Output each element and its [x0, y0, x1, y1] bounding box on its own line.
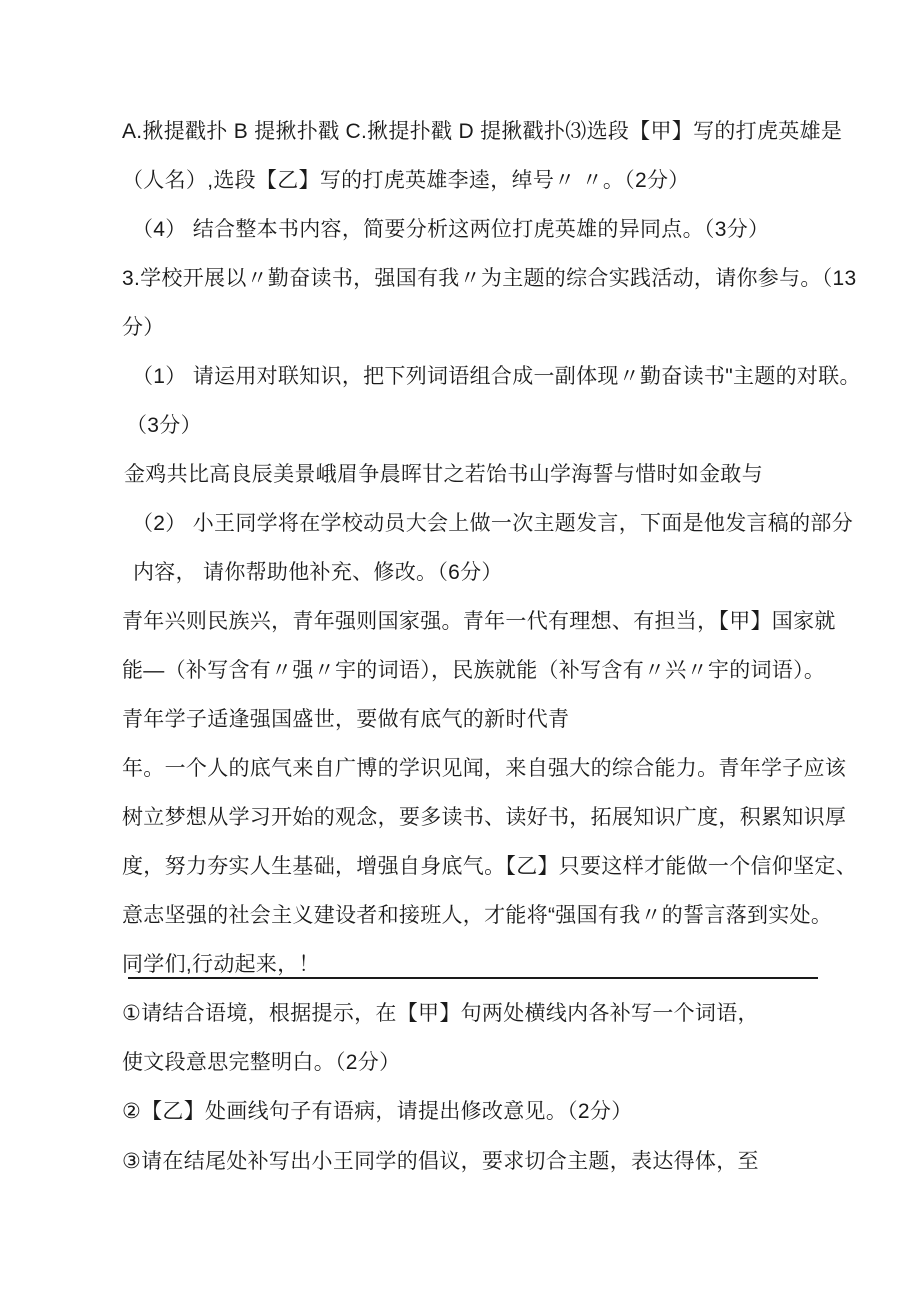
subtask-1-wrap-line: 使文段意思完整明白。（2分） — [122, 1037, 862, 1086]
subtask-1-line: ①请结合语境，根据提示，在【甲】句两处横线内各补写一个词语， — [122, 988, 862, 1037]
couplet-task-line: （1） 请运用对联知识，把下列词语组合成一副体现〃勤奋读书"主题的对联。 — [122, 350, 862, 399]
activity-intro-line: 3.学校开展以〃勤奋读书，强国有我〃为主题的综合实践活动，请你参与。（13 — [122, 252, 862, 301]
speech-body-line-6: 度，努力夯实人生基础，增强自身底气。【乙】只要这样才能做一个信仰坚定、 — [122, 841, 862, 890]
speech-body-line-7: 意志坚强的社会主义建设者和接班人，才能将“强国有我〃的誓言落到实处。 — [122, 890, 862, 939]
document-text-block: A.揪提戳扑 B 提揪扑戳 C.揪提扑戳 D 提揪戳扑⑶选段【甲】写的打虎英雄是… — [122, 105, 862, 1184]
activity-intro-wrap-line: 分） — [122, 301, 862, 350]
speech-body-line-3: 青年学子适逢强国盛世，要做有底气的新时代青 — [122, 694, 862, 743]
speech-body-line-2: 能—（补写含有〃强〃宇的词语），民族就能（补写含有〃兴〃宇的词语）。 — [122, 645, 862, 694]
couplet-score-line: （3分） — [122, 399, 862, 448]
speech-body-line-4: 年。一个人的底气来自广博的学识见闻，来自强大的综合能力。青年学子应该 — [122, 743, 862, 792]
speech-body-line-5: 树立梦想从学习开始的观念，要多读书、读好书，拓展知识广度，积累知识厚 — [122, 792, 862, 841]
exam-document-page: A.揪提戳扑 B 提揪扑戳 C.揪提扑戳 D 提揪戳扑⑶选段【甲】写的打虎英雄是… — [0, 0, 920, 1301]
hero-name-blank-line: （人名）,选段【乙】写的打虎英雄李逵，绰号〃 〃。（2分） — [122, 154, 862, 203]
speech-closing-line: 同学们,行动起来，！ — [122, 939, 862, 988]
speech-body-line-1: 青年兴则民族兴，青年强则国家强。青年一代有理想、有担当，【甲】国家就 — [122, 595, 862, 644]
subtask-3-line: ③请在结尾处补写出小王同学的倡议，要求切合主题，表达得体，至 — [122, 1135, 862, 1184]
couplet-words-line: 金鸡共比高良辰美景峨眉争晨晖甘之若饴书山学海誓与惜时如金敢与 — [122, 448, 862, 497]
answer-underline — [128, 977, 818, 979]
choice-options-line: A.揪提戳扑 B 提揪扑戳 C.揪提扑戳 D 提揪戳扑⑶选段【甲】写的打虎英雄是 — [122, 105, 862, 154]
subtask-2-line: ②【乙】处画线句子有语病，请提出修改意见。（2分） — [122, 1086, 862, 1135]
speech-task-wrap-line: 内容， 请你帮助他补充、修改。（6分） — [122, 546, 862, 595]
speech-task-line: （2） 小王同学将在学校动员大会上做一次主题发言，下面是他发言稿的部分 — [122, 497, 862, 546]
question-4-line: （4） 结合整本书内容，简要分析这两位打虎英雄的异同点。（3分） — [122, 203, 862, 252]
